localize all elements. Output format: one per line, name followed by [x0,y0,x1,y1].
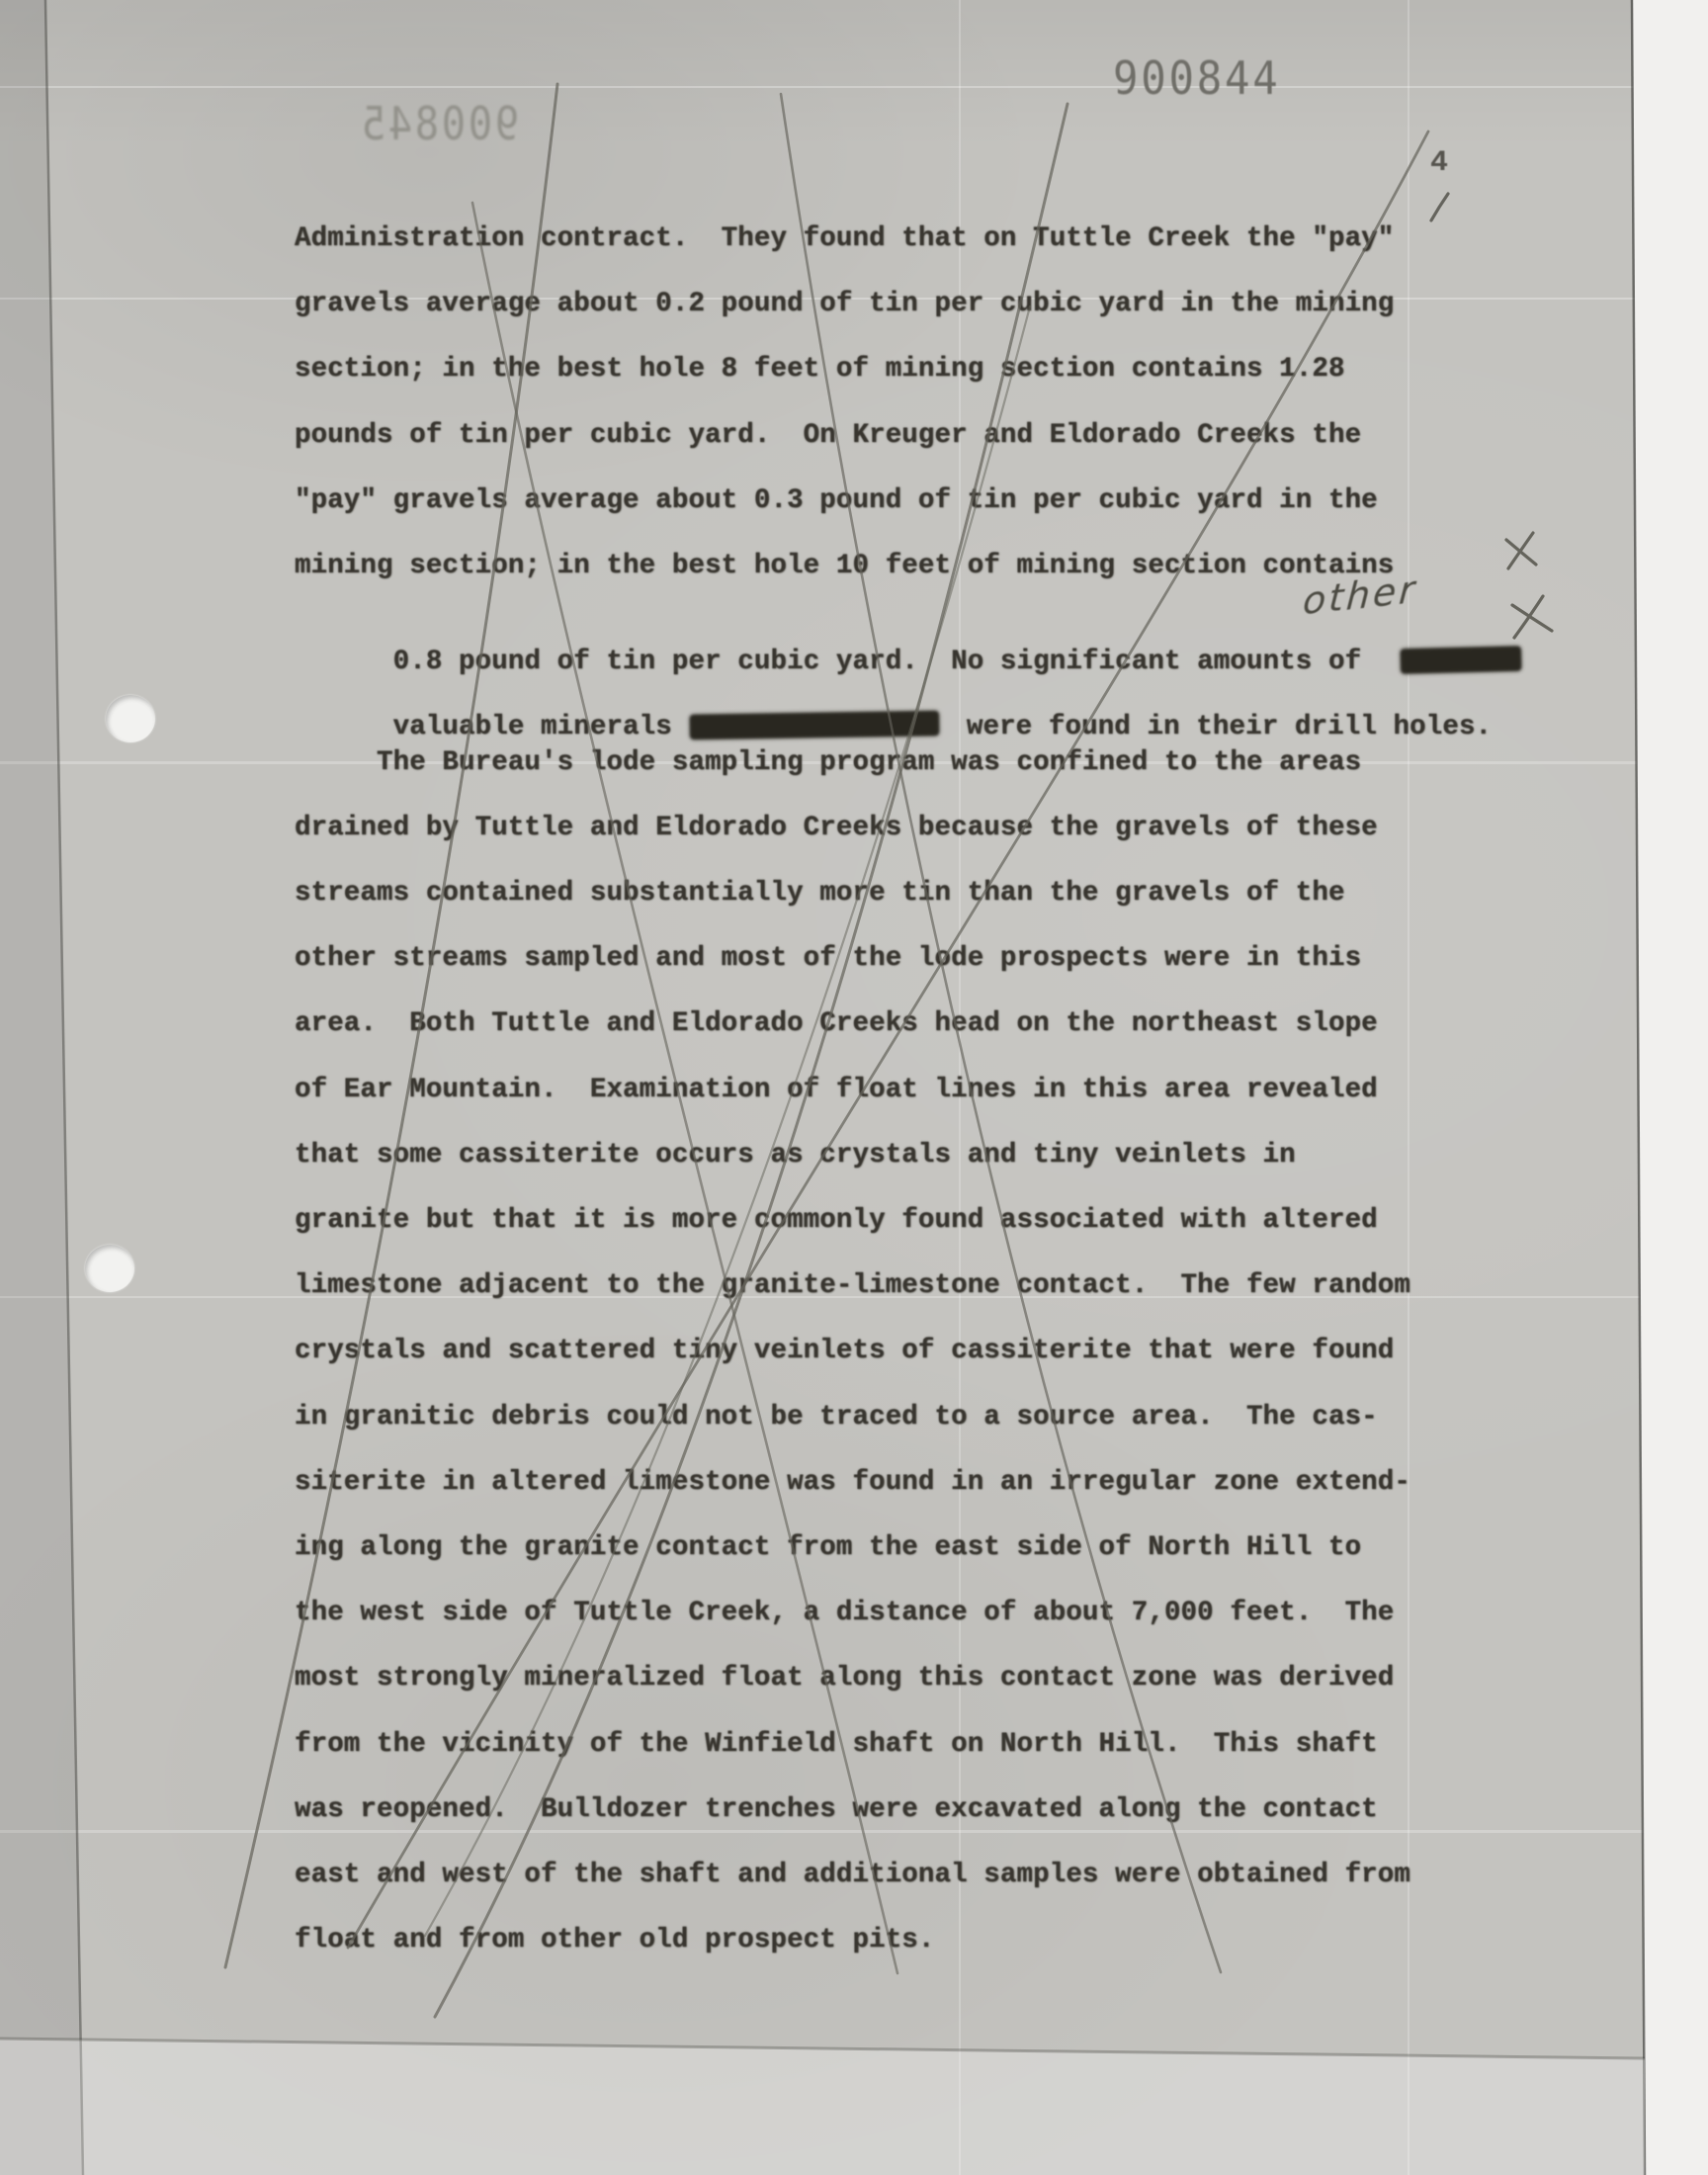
hole-punch-bottom [85,1245,134,1292]
typed-line: most strongly mineralized float along th… [295,1663,1394,1694]
page-number: 4 [1430,146,1448,180]
typed-line: of Ear Mountain. Examination of float li… [295,1075,1378,1105]
typed-line: gravels average about 0.2 pound of tin p… [295,289,1394,319]
scan-streak [0,1830,1708,1833]
typed-line: float and from other old prospect pits. [295,1925,935,1956]
typed-line: east and west of the shaft and additiona… [295,1860,1410,1890]
page-edge-right [1632,0,1645,2175]
typed-line: that some cassiterite occurs as crystals… [295,1140,1296,1171]
redaction-mark-2 [690,711,939,739]
typed-line: streams contained substantially more tin… [295,878,1345,909]
typed-line: the west side of Tuttle Creek, a distanc… [295,1598,1394,1628]
typed-line: drained by Tuttle and Eldorado Creeks be… [295,813,1378,843]
typed-line: siterite in altered limestone was found … [295,1467,1410,1498]
serial-stamp: 900844 [1113,51,1280,105]
typed-line: ing along the granite contact from the e… [295,1532,1361,1563]
scanner-background-right [1633,0,1708,2175]
typed-line: crystals and scattered tiny veinlets of … [295,1336,1394,1366]
typed-line: other streams sampled and most of the lo… [295,943,1361,974]
typed-line: section; in the best hole 8 feet of mini… [295,354,1345,385]
typed-line: The Bureau's lode sampling program was c… [295,747,1361,778]
typed-line: in granitic debris could not be traced t… [295,1402,1378,1433]
page-edge-bottom-band [0,2039,1645,2175]
scan-streak [1408,0,1409,2175]
scan-streak [0,86,1708,88]
typed-line: Administration contract. They found that… [295,223,1394,254]
typed-line-text: were found in their drill holes. [967,712,1492,742]
redaction-mark-1 [1401,647,1522,674]
hole-punch-top [106,695,155,742]
typed-line-text: 0.8 pound of tin per cubic yard. No sign… [393,647,1362,677]
page-edge-bottom [0,2039,1645,2058]
typed-line: area. Both Tuttle and Eldorado Creeks he… [295,1008,1378,1039]
typed-line-text: valuable minerals [393,712,672,742]
page-edge-left [45,0,83,2175]
typed-line: was reopened. Bulldozer trenches were ex… [295,1794,1378,1825]
slash-mark [1431,194,1448,220]
scanned-document-page: 900845 900844 4 other Administration con… [0,0,1708,2175]
typed-line: limestone adjacent to the granite-limest… [295,1270,1410,1301]
bleed-through-stamp: 900845 [359,97,519,150]
typed-line: from the vicinity of the Winfield shaft … [295,1729,1378,1760]
typed-line: mining section; in the best hole 10 feet… [295,551,1394,581]
margin-x-mark-1 [1508,533,1533,568]
margin-x-mark-1 [1506,540,1536,565]
typed-line: pounds of tin per cubic yard. On Kreuger… [295,420,1361,451]
typed-line: "pay" gravels average about 0.3 pound of… [295,485,1378,516]
page-edge-left-shadow [0,0,83,2175]
typed-line: granite but that it is more commonly fou… [295,1205,1378,1236]
